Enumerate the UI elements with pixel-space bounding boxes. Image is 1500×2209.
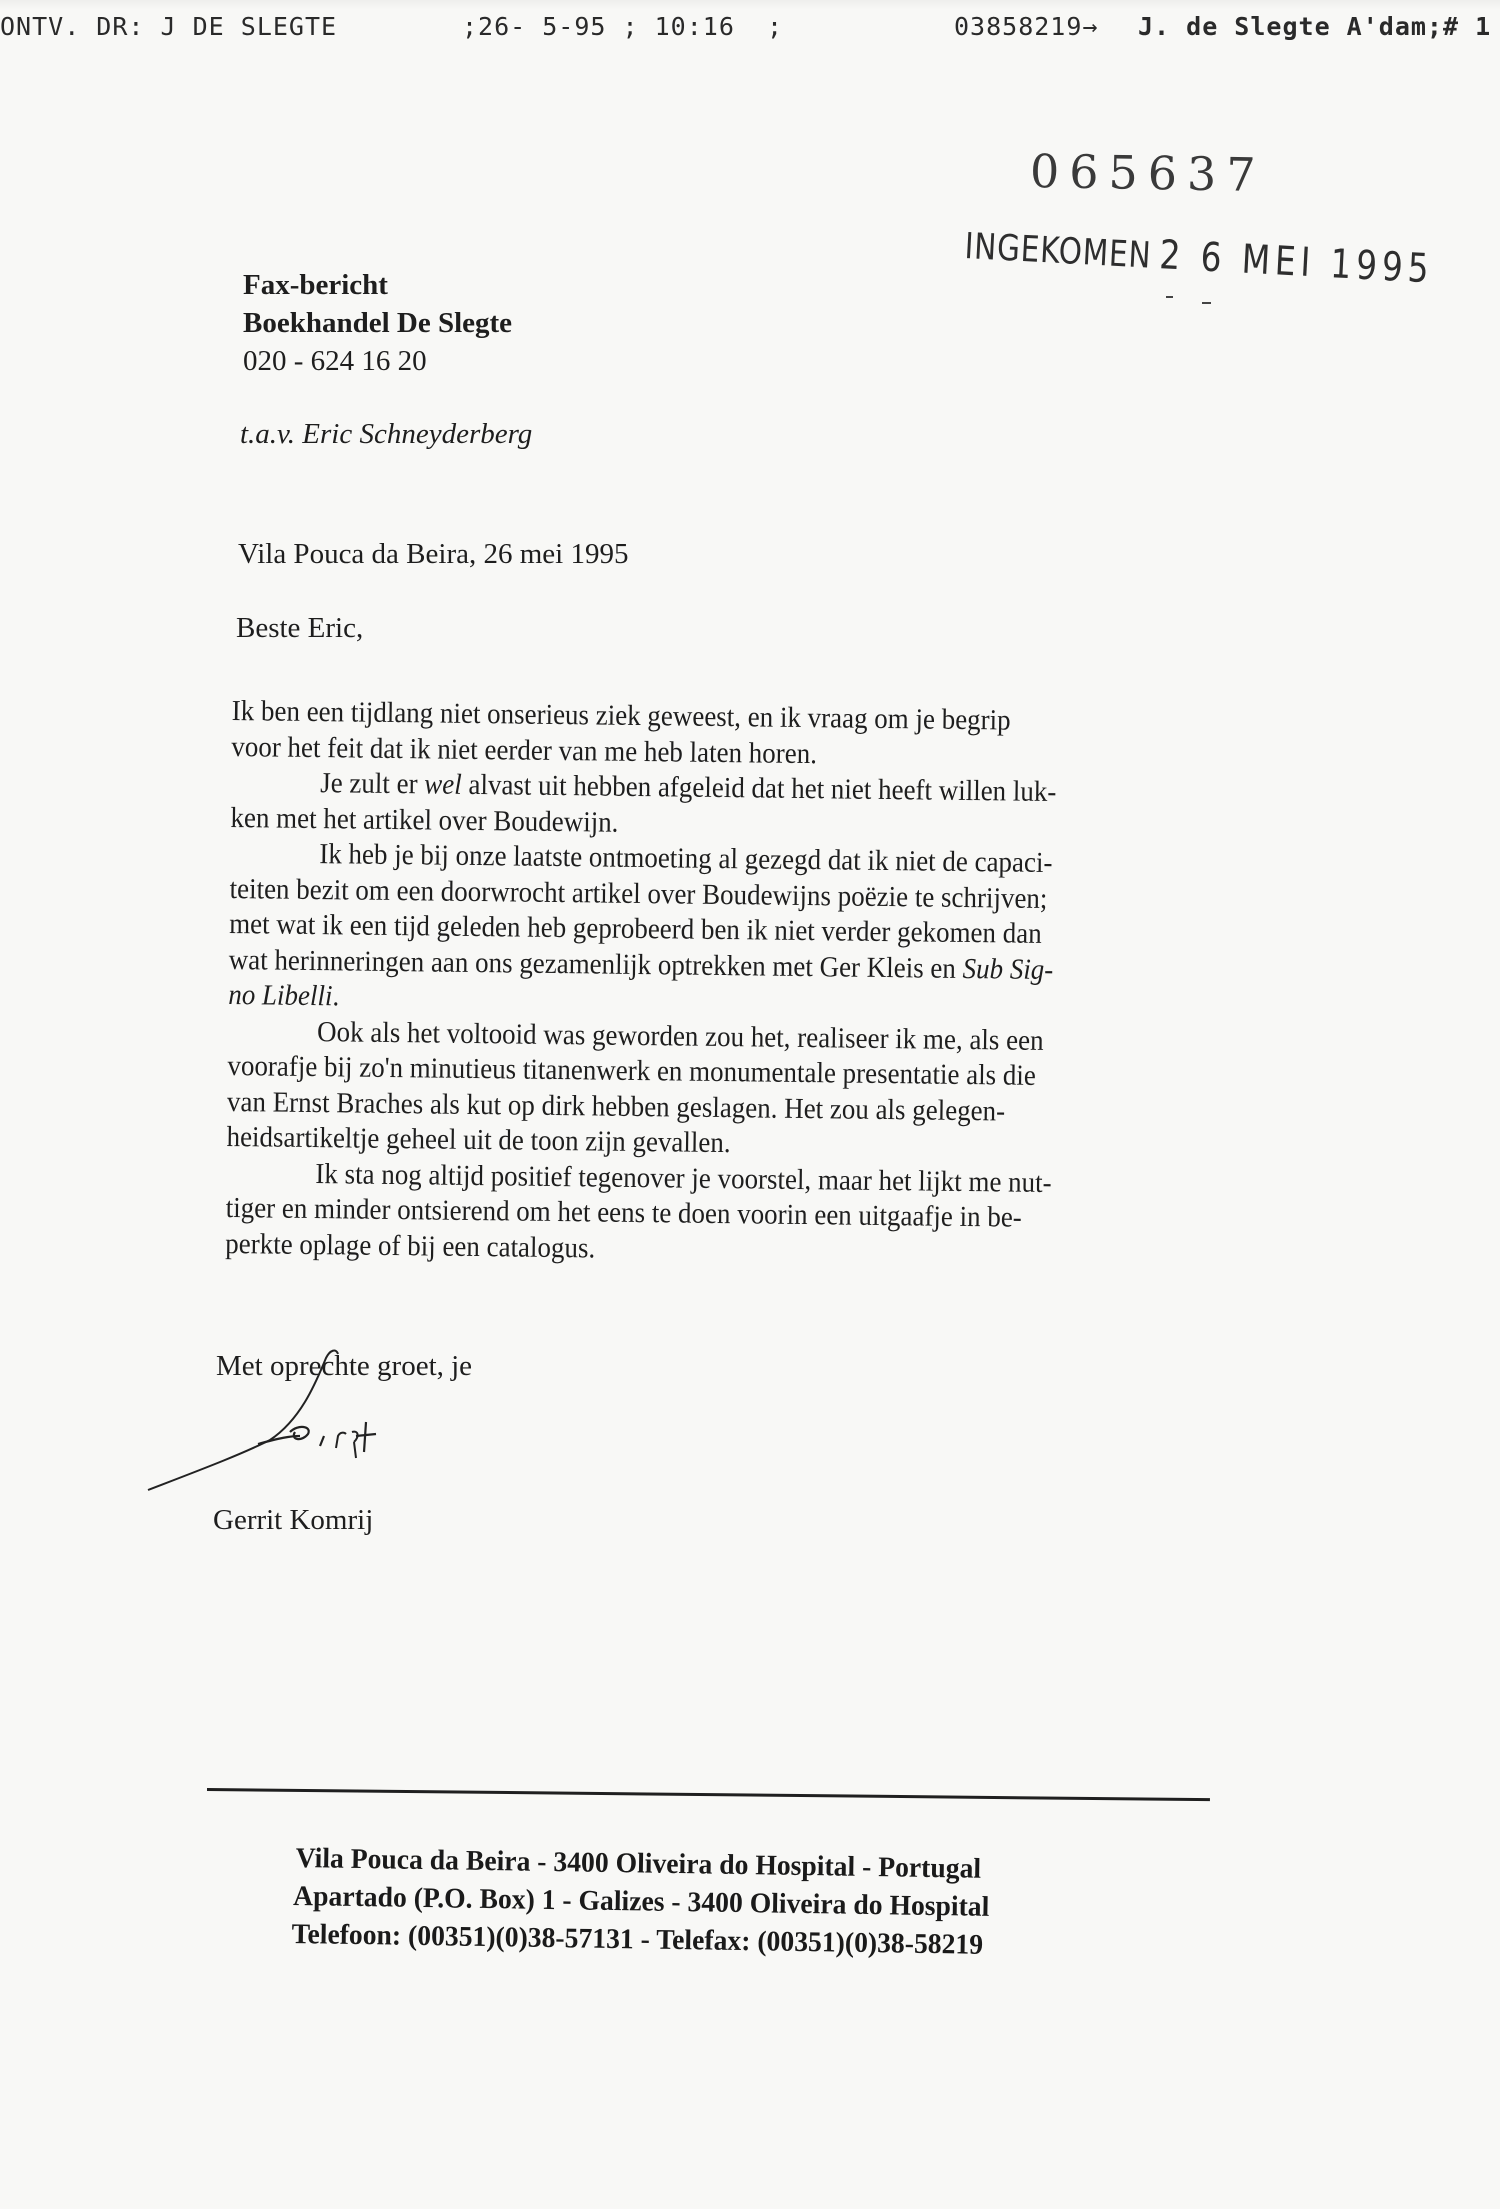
attention-line: t.a.v. Eric Schneyderberg xyxy=(240,418,532,451)
stamp-document-number: 065637 xyxy=(1030,144,1267,202)
recipient-company: Boekhandel De Slegte xyxy=(243,304,512,342)
addressee-block: Fax-bericht Boekhandel De Slegte 020 - 6… xyxy=(243,266,512,380)
place-and-date: Vila Pouca da Beira, 26 mei 1995 xyxy=(238,538,628,571)
fax-transmission-header: ONTV. DR: J DE SLEGTE ;26- 5-95 ; 10:16 … xyxy=(0,12,1500,52)
letter-paragraph: Ik ben een tijdlang niet onserieus ziek … xyxy=(231,694,1162,776)
stamp-mark xyxy=(1202,302,1211,304)
fax-header-sender-number: 03858219→ xyxy=(954,12,1098,41)
letter-paragraph: Ik heb je bij onze laatste ontmoeting al… xyxy=(228,836,1160,1025)
document-type: Fax-bericht xyxy=(243,266,512,304)
letter-paragraph: Ik sta nog altijd positief tegenover je … xyxy=(225,1155,1156,1273)
received-stamp-label: INGEKOMEN xyxy=(964,226,1153,277)
letter-body: Ik ben een tijdlang niet onserieus ziek … xyxy=(225,694,1162,1273)
footer-divider xyxy=(207,1788,1210,1801)
handwritten-signature xyxy=(140,1340,440,1500)
fax-header-datetime: ;26- 5-95 ; 10:16 ; xyxy=(462,12,783,41)
received-stamp: INGEKOMEN2 6 MEI 1995 xyxy=(964,222,1435,292)
fax-page: ONTV. DR: J DE SLEGTE ;26- 5-95 ; 10:16 … xyxy=(0,0,1500,2209)
letter-paragraph: Je zult er wel alvast uit hebben afgelei… xyxy=(230,765,1161,847)
letterhead-footer: Vila Pouca da Beira - 3400 Oliveira do H… xyxy=(294,1840,990,1965)
letter-paragraph: Ook als het voltooid was geworden zou he… xyxy=(226,1013,1158,1166)
received-stamp-date: 2 6 MEI 1995 xyxy=(1158,232,1434,292)
fax-header-station: J. de Slegte A'dam;# 1 xyxy=(1138,12,1491,41)
sender-name: Gerrit Komrij xyxy=(213,1504,373,1537)
recipient-fax-number: 020 - 624 16 20 xyxy=(243,342,512,380)
stamp-mark xyxy=(1166,296,1173,298)
fax-header-from: ONTV. DR: J DE SLEGTE xyxy=(0,12,337,41)
salutation: Beste Eric, xyxy=(236,612,363,645)
